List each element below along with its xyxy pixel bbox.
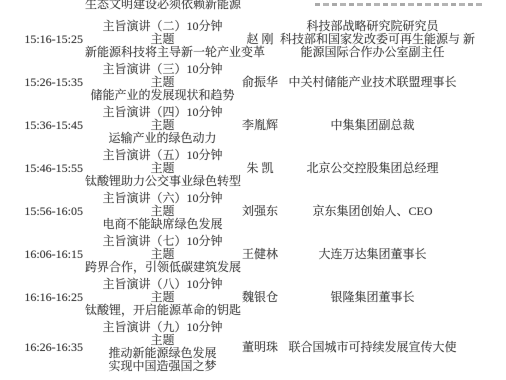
title-cell: 北京公交控股集团总经理: [280, 162, 465, 175]
speaker-title-line: 北京公交控股集团总经理: [280, 162, 465, 175]
topic-text: 新能源科技将主导新一轮产业变革: [85, 46, 240, 59]
title-cell: 银隆集团董事长: [280, 291, 465, 304]
title-cell: 中集集团副总裁: [280, 119, 465, 132]
speaker-name: 王健林: [240, 248, 280, 261]
agenda-row: 16:06-16:15 主旨演讲（七）10分钟主题跨界合作，引领低碳建筑发展 王…: [0, 235, 506, 274]
speaker-name: 董明珠: [240, 341, 280, 354]
speaker-title-line: 京东集团创始人、CEO: [280, 205, 465, 218]
center-cell: 主旨演讲（六）10分钟主题电商不能缺席绿色发展: [85, 192, 240, 231]
time-cell: 15:26-15:35: [0, 76, 85, 89]
speaker-title-line: 能源国际合作办公室副主任: [280, 46, 465, 59]
speaker-name: 李胤辉: [240, 119, 280, 132]
topic-text: 钛酸锂，开启能源革命的钥匙: [85, 304, 240, 317]
title-cell: 科技部战略研究院研究员科技部和国家发改委可再生能源与 新能源国际合作办公室副主任: [280, 20, 465, 59]
topic-text: 钛酸锂助力公交事业绿色转型: [85, 175, 240, 188]
agenda-row: 16:26-16:35 主旨演讲（九）10分钟主题推动新能源绿色发展实现中国造强…: [0, 321, 506, 373]
center-cell: 主旨演讲（二）10分钟主题新能源科技将主导新一轮产业变革: [85, 20, 240, 59]
clipped-text-remnant: [315, 3, 485, 6]
speaker-name: 刘强东: [240, 205, 280, 218]
center-cell: 主旨演讲（五）10分钟主题钛酸锂助力公交事业绿色转型: [85, 149, 240, 188]
speaker-name: 赵 刚: [240, 33, 280, 46]
time-cell: 16:06-16:15: [0, 248, 85, 261]
center-cell: 主旨演讲（七）10分钟主题跨界合作，引领低碳建筑发展: [85, 235, 240, 274]
speaker-title-line: 大连万达集团董事长: [280, 248, 465, 261]
time-cell: 16:16-16:25: [0, 291, 85, 304]
time-cell: 15:36-15:45: [0, 119, 85, 132]
topic-text: 运输产业的绿色动力: [85, 132, 240, 145]
speaker-name: 朱 凯: [240, 162, 280, 175]
speaker-title-line: 中关村储能产业技术联盟理事长: [280, 76, 465, 89]
center-cell: 主旨演讲（八）10分钟主题钛酸锂，开启能源革命的钥匙: [85, 278, 240, 317]
center-cell: 主旨演讲（四）10分钟主题运输产业的绿色动力: [85, 106, 240, 145]
agenda-row: 15:56-16:05 主旨演讲（六）10分钟主题电商不能缺席绿色发展 刘强东 …: [0, 192, 506, 231]
speaker-title-line: 银隆集团董事长: [280, 291, 465, 304]
time-cell: 15:16-15:25: [0, 33, 85, 46]
agenda-row: 15:36-15:45 主旨演讲（四）10分钟主题运输产业的绿色动力 李胤辉 中…: [0, 106, 506, 145]
title-cell: 中关村储能产业技术联盟理事长: [280, 76, 465, 89]
speaker-name: 魏银仓: [240, 291, 280, 304]
agenda-row: 15:16-15:25 主旨演讲（二）10分钟主题新能源科技将主导新一轮产业变革…: [0, 20, 506, 59]
agenda-row: 15:26-15:35 主旨演讲（三）10分钟主题储能产业的发展现状和趋势 俞振…: [0, 63, 506, 102]
time-cell: 15:46-15:55: [0, 162, 85, 175]
topic-text: 生态文明建设必须依赖新能源: [85, 0, 240, 11]
agenda-rows: 15:16-15:25 主旨演讲（二）10分钟主题新能源科技将主导新一轮产业变革…: [0, 20, 506, 373]
agenda-row: 15:46-15:55 主旨演讲（五）10分钟主题钛酸锂助力公交事业绿色转型 朱…: [0, 149, 506, 188]
center-cell: 主旨演讲（三）10分钟主题储能产业的发展现状和趋势: [85, 63, 240, 102]
speaker-title-line: 联合国城市可持续发展宣传大使: [280, 341, 465, 354]
speaker-title-line: 中集集团副总裁: [280, 119, 465, 132]
center-cell: 主旨演讲（九）10分钟主题推动新能源绿色发展实现中国造强国之梦: [85, 321, 240, 373]
topic-text: 实现中国造强国之梦: [85, 360, 240, 373]
title-cell: 联合国城市可持续发展宣传大使: [280, 341, 465, 354]
title-cell: 京东集团创始人、CEO: [280, 205, 465, 218]
topic-text: 储能产业的发展现状和趋势: [85, 89, 240, 102]
time-cell: 16:26-16:35: [0, 341, 85, 354]
speaker-name: 俞振华: [240, 76, 280, 89]
time-cell: 15:56-16:05: [0, 205, 85, 218]
agenda-row: 16:16-16:25 主旨演讲（八）10分钟主题钛酸锂，开启能源革命的钥匙 魏…: [0, 278, 506, 317]
title-cell: 大连万达集团董事长: [280, 248, 465, 261]
topic-text: 跨界合作，引领低碳建筑发展: [85, 261, 240, 274]
time-cell-empty: [0, 0, 85, 11]
topic-text: 电商不能缺席绿色发展: [85, 218, 240, 231]
agenda-document: 生态文明建设必须依赖新能源 15:16-15:25 主旨演讲（二）10分钟主题新…: [0, 0, 506, 380]
